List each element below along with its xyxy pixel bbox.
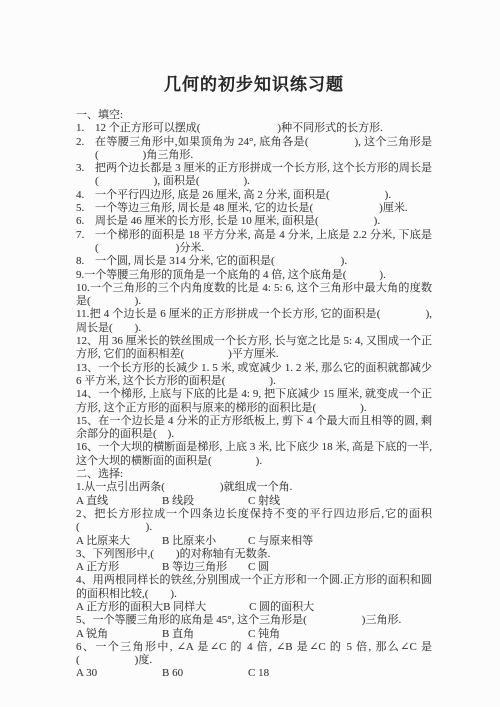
question-number: 2. xyxy=(76,136,95,163)
fill-in-question: 14、一个梯形, 上底与下底的比是 4: 9, 把下底减少 15 厘米, 就变成… xyxy=(76,388,432,415)
question-number: 3、 xyxy=(76,548,93,560)
question-text: 一个梯形, 上底与下底的比是 4: 9, 把下底减少 15 厘米, 就变成一个正… xyxy=(76,388,432,413)
option-A: A 比原来大 xyxy=(76,535,162,548)
options-row: A 正方形B 等边三角形C 圆 xyxy=(76,561,432,574)
question-number: 1. xyxy=(76,122,95,135)
option-A: A 锐角 xyxy=(76,628,162,641)
option-B: B 等边三角形 xyxy=(162,561,248,574)
option-B: B 直角 xyxy=(162,628,248,641)
question-number: 2、 xyxy=(76,508,94,520)
fill-in-question: 8.一个圆, 周长是 314 分米, 它的面积是( ). xyxy=(76,255,432,268)
question-number: 1. xyxy=(76,481,84,493)
fill-in-section: 一、填空: 1.12 个正方形可以摆成( )种不同形式的长方形.2.在等腰三角形… xyxy=(76,109,432,468)
question-text: 把长方形拉成一个四条边长度保持不变的平行四边形后,它的面积( ). xyxy=(76,508,432,533)
question-number: 3. xyxy=(76,162,95,189)
option-C: C 钝角 xyxy=(248,628,334,641)
question-text: 一个梯形的面积是 18 平方分米, 高是 4 分米, 上底是 2.2 分米, 下… xyxy=(95,229,432,256)
fill-in-question: 9.一个等腰三角形的顶角是一个底角的 4 倍, 这个底角是( ). xyxy=(76,269,432,282)
question-text: 下列图形中,( )的对称轴有无数条. xyxy=(93,548,271,560)
fill-in-question: 5.一个等边三角形, 周长是 48 厘米, 它的边长是( )厘米. xyxy=(76,202,432,215)
option-B: B 60 xyxy=(162,667,248,680)
option-C: C 18 xyxy=(248,667,334,680)
fill-in-question: 15、在一个边长是 4 分米的正方形纸板上, 剪下 4 个最大而且相等的圆, 剩… xyxy=(76,415,432,442)
question-number: 12、 xyxy=(76,335,98,347)
option-C: C 圆 xyxy=(248,561,334,574)
choice-question: 5、一个等腰三角形的底角是 45°, 这个三角形是( )三角形. xyxy=(76,614,432,627)
question-text: 一个大坝的横断面是梯形, 上底 3 米, 比下底少 18 米, 高是下底的一半,… xyxy=(76,441,435,466)
question-text: 12 个正方形可以摆成( )种不同形式的长方形. xyxy=(95,122,432,135)
options-row: A 比原来大B 比原来小C 与原来相等 xyxy=(76,535,432,548)
question-number: 9. xyxy=(76,269,84,281)
question-number: 5、 xyxy=(76,614,93,626)
question-text: 一个等边三角形, 周长是 48 厘米, 它的边长是( )厘米. xyxy=(95,202,432,215)
question-text: 一个等腰三角形的顶角是一个底角的 4 倍, 这个底角是( ). xyxy=(84,269,386,281)
fill-in-question: 2.在等腰三角形中,如果顶角为 24°, 底角各是( ), 这个三角形是( )角… xyxy=(76,136,432,163)
question-text: 在一个边长是 4 分米的正方形纸板上, 剪下 4 个最大而且相等的圆, 剩余部分… xyxy=(76,415,432,440)
fill-in-question: 7.一个梯形的面积是 18 平方分米, 高是 4 分米, 上底是 2.2 分米,… xyxy=(76,229,432,256)
question-text: 一个长方形的长减少 1. 5 米, 或宽减少 1. 2 米, 那么它的面积就都减… xyxy=(76,362,435,387)
question-number: 16、 xyxy=(76,441,98,453)
choice-question: 1.从一点引出两条( )就组成一个角. xyxy=(76,481,432,494)
question-text: 用两根同样长的铁丝,分别围成一个正方形和一个圆.正方形的面积和圆的面积相比较,(… xyxy=(76,574,432,599)
question-number: 4、 xyxy=(76,574,93,586)
option-A: A 正方形 xyxy=(76,561,162,574)
option-B: B 同样大 xyxy=(163,601,249,614)
question-text: 一个三角形中, ∠A 是∠C 的 4 倍, ∠B 是∠C 的 5 倍, 那么∠C… xyxy=(76,641,432,666)
fill-in-question: 13、一个长方形的长减少 1. 5 米, 或宽减少 1. 2 米, 那么它的面积… xyxy=(76,362,432,389)
question-text: 在等腰三角形中,如果顶角为 24°, 底角各是( ), 这个三角形是( )角三角… xyxy=(95,136,432,163)
question-number: 4. xyxy=(76,189,95,202)
choice-heading: 二、选择: xyxy=(76,468,432,481)
fill-in-question-list: 1.12 个正方形可以摆成( )种不同形式的长方形.2.在等腰三角形中,如果顶角… xyxy=(76,122,432,468)
choice-question: 3、下列图形中,( )的对称轴有无数条. xyxy=(76,548,432,561)
fill-in-heading: 一、填空: xyxy=(76,109,432,122)
option-B: B 比原来小 xyxy=(162,535,248,548)
fill-in-question: 12、用 36 厘米长的铁丝围成一个长方形, 长与宽之比是 5: 4, 又围成一… xyxy=(76,335,432,362)
options-row: A 直线B 线段C 射线 xyxy=(76,495,432,508)
choice-question-list: 1.从一点引出两条( )就组成一个角.A 直线B 线段C 射线2、把长方形拉成一… xyxy=(76,481,432,680)
fill-in-question: 11.把 4 个边长是 6 厘米的正方形拼成一个长方形, 它的面积是( ), 周… xyxy=(76,308,432,335)
fill-in-question: 3.把两个边长都是 3 厘米的正方形拼成一个长方形, 这个长方形的周长是( ),… xyxy=(76,162,432,189)
question-text: 把两个边长都是 3 厘米的正方形拼成一个长方形, 这个长方形的周长是( ), 面… xyxy=(95,162,432,189)
page-title: 几何的初步知识练习题 xyxy=(76,74,432,95)
question-text: 用 36 厘米长的铁丝围成一个长方形, 长与宽之比是 5: 4, 又围成一个正方… xyxy=(76,335,432,360)
question-number: 8. xyxy=(76,255,95,268)
question-number: 15、 xyxy=(76,415,98,427)
question-text: 一个圆, 周长是 314 分米, 它的面积是( ). xyxy=(95,255,432,268)
question-text: 周长是 46 厘米的长方形, 长是 10 厘米, 面积是( ). xyxy=(95,215,432,228)
choice-question: 6、一个三角形中, ∠A 是∠C 的 4 倍, ∠B 是∠C 的 5 倍, 那么… xyxy=(76,641,432,668)
choice-question: 4、用两根同样长的铁丝,分别围成一个正方形和一个圆.正方形的面积和圆的面积相比较… xyxy=(76,574,432,601)
options-row: A 锐角B 直角C 钝角 xyxy=(76,628,432,641)
question-text: 把 4 个边长是 6 厘米的正方形拼成一个长方形, 它的面积是( ), 周长是(… xyxy=(76,308,435,333)
question-number: 6. xyxy=(76,215,95,228)
question-number: 6、 xyxy=(76,641,95,653)
fill-in-question: 10.一个三角形的三个内角度数的比是 4: 5: 6, 这个三角形中最大角的度数… xyxy=(76,282,432,309)
question-text: 一个等腰三角形的底角是 45°, 这个三角形是( )三角形. xyxy=(93,614,402,626)
options-row: A 正方形的面积大B 同样大C 圆的面积大 xyxy=(76,601,432,614)
fill-in-question: 1.12 个正方形可以摆成( )种不同形式的长方形. xyxy=(76,122,432,135)
fill-in-question: 4.一个平行四边形, 底是 26 厘米, 高 2 分米, 面积是( ). xyxy=(76,189,432,202)
options-row: A 30B 60C 18 xyxy=(76,667,432,680)
option-C: C 射线 xyxy=(248,495,334,508)
question-number: 14、 xyxy=(76,388,98,400)
choice-question: 2、把长方形拉成一个四条边长度保持不变的平行四边形后,它的面积( ). xyxy=(76,508,432,535)
option-A: A 30 xyxy=(76,667,162,680)
question-number: 10. xyxy=(76,282,90,294)
question-text: 一个三角形的三个内角度数的比是 4: 5: 6, 这个三角形中最大角的度数是( … xyxy=(76,282,432,307)
question-text: 从一点引出两条( )就组成一个角. xyxy=(84,481,292,493)
option-B: B 线段 xyxy=(162,495,248,508)
question-text: 一个平行四边形, 底是 26 厘米, 高 2 分米, 面积是( ). xyxy=(95,189,432,202)
option-C: C 与原来相等 xyxy=(248,535,334,548)
choice-section: 二、选择: 1.从一点引出两条( )就组成一个角.A 直线B 线段C 射线2、把… xyxy=(76,468,432,681)
question-number: 5. xyxy=(76,202,95,215)
question-number: 13、 xyxy=(76,362,98,374)
fill-in-question: 6.周长是 46 厘米的长方形, 长是 10 厘米, 面积是( ). xyxy=(76,215,432,228)
option-A: A 直线 xyxy=(76,495,162,508)
question-number: 11. xyxy=(76,308,89,320)
option-A: A 正方形的面积大 xyxy=(76,601,163,614)
question-number: 7. xyxy=(76,229,95,256)
fill-in-question: 16、一个大坝的横断面是梯形, 上底 3 米, 比下底少 18 米, 高是下底的… xyxy=(76,441,432,468)
worksheet-page: 几何的初步知识练习题 一、填空: 1.12 个正方形可以摆成( )种不同形式的长… xyxy=(0,0,500,707)
option-C: C 圆的面积大 xyxy=(249,601,335,614)
